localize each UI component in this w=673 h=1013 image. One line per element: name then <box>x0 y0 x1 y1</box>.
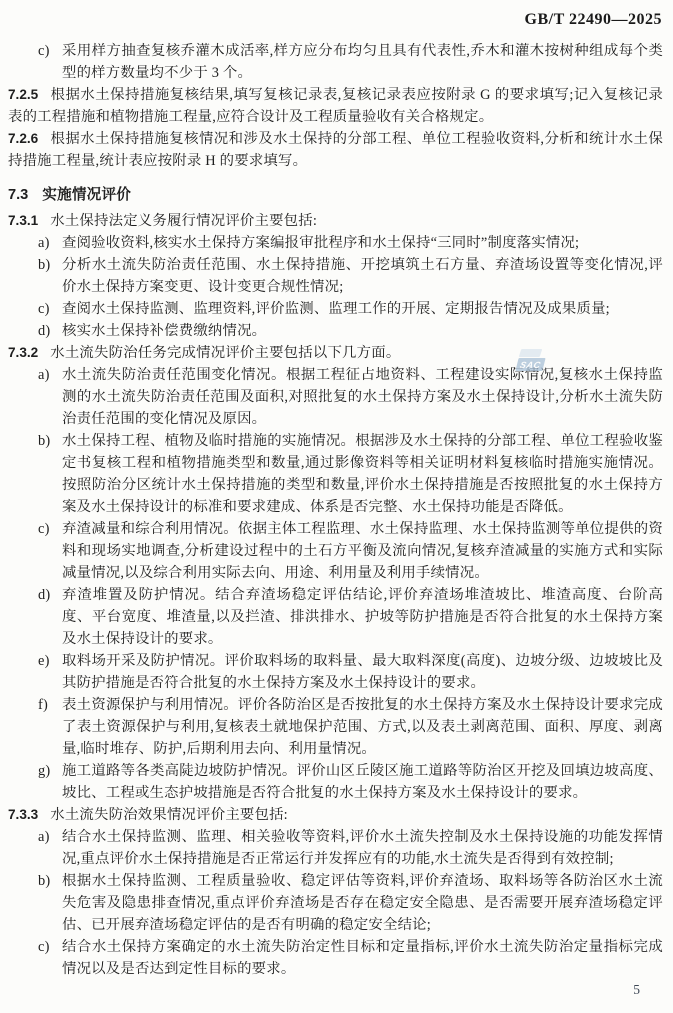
list-item-f-15: f)表土资源保护与利用情况。评价各防治区是否按批复的水土保持方案及水土保持设计要… <box>8 694 663 760</box>
list-item-b-11: b)水土保持工程、植物及临时措施的实施情况。根据涉及水土保持的分部工程、单位工程… <box>8 430 663 518</box>
clause-7-2-6: 7.2.6根据水土保持措施复核情况和涉及水土保持的分部工程、单位工程验收资料,分… <box>8 128 663 172</box>
item-text: 水土保持工程、植物及临时措施的实施情况。根据涉及水土保持的分部工程、单位工程验收… <box>62 433 663 515</box>
list-item-marker: c) <box>38 518 50 540</box>
standard-code-header: GB/T 22490—2025 <box>525 11 662 29</box>
list-item-e-14: e)取料场开采及防护情况。评价取料场的取料量、最大取料深度(高度)、边坡分级、边… <box>8 650 663 694</box>
list-item-marker: b) <box>38 870 50 892</box>
clause-text: 根据水土保持措施复核结果,填写复核记录表,复核记录表应按附录 G 的要求填写;记… <box>8 87 663 125</box>
item-text: 施工道路等各类高陡边坡防护情况。评价山区丘陵区施工道路等防治区开挖及回填边坡高度… <box>62 763 663 801</box>
list-item-b-6: b)分析水土流失防治责任范围、水土保持措施、开挖填筑土石方量、弃渣场设置等变化情… <box>8 254 663 298</box>
list-item-marker: a) <box>38 826 50 848</box>
clause-number: 7.3.2 <box>8 345 38 360</box>
clause-7-3-3: 7.3.3水土流失防治效果情况评价主要包括: <box>8 804 663 826</box>
clause-text: 水土流失防治效果情况评价主要包括: <box>50 807 288 823</box>
item-text: 查阅水土保持监测、监理资料,评价监测、监理工作的开展、定期报告情况及成果质量; <box>62 301 610 317</box>
list-item-marker: d) <box>38 584 50 606</box>
list-item-marker: g) <box>38 760 50 782</box>
clause-number: 7.2.6 <box>8 131 38 146</box>
clause-number: 7.3 <box>8 187 28 203</box>
list-item-marker: c) <box>38 40 50 62</box>
list-item-d-8: d)核实水土保持补偿费缴纳情况。 <box>8 320 663 342</box>
item-text: 弃渣减量和综合利用情况。依据主体工程监理、水土保持监理、水土保持监测等单位提供的… <box>62 521 663 581</box>
clause-7-2-5: 7.2.5根据水土保持措施复核结果,填写复核记录表,复核记录表应按附录 G 的要… <box>8 84 663 128</box>
clause-text: 根据水土保持措施复核情况和涉及水土保持的分部工程、单位工程验收资料,分析和统计水… <box>8 131 663 169</box>
list-item-marker: e) <box>38 650 50 672</box>
item-text: 表土资源保护与利用情况。评价各防治区是否按批复的水土保持方案及水土保持设计要求完… <box>62 697 663 757</box>
list-item-marker: d) <box>38 320 50 342</box>
list-item-marker: c) <box>38 298 50 320</box>
list-item-marker: b) <box>38 254 50 276</box>
clause-number: 7.2.5 <box>8 87 38 102</box>
list-item-b-19: b)根据水土保持监测、工程质量验收、稳定评估等资料,评价弃渣场、取料场等各防治区… <box>8 870 663 936</box>
document-body: c)采用样方抽查复核乔灌木成活率,样方应分布均匀且具有代表性,乔木和灌木按树种组… <box>8 40 663 980</box>
list-item-marker: a) <box>38 364 50 386</box>
item-text: 查阅验收资料,核实水土保持方案编报审批程序和水土保持“三同时”制度落实情况; <box>62 235 579 251</box>
clause-number: 7.3.1 <box>8 213 38 228</box>
clause-7-3-1: 7.3.1水土保持法定义务履行情况评价主要包括: <box>8 210 663 232</box>
section-heading-7-3: 7.3实施情况评价 <box>8 184 663 206</box>
list-item-c-20: c)结合水土保持方案确定的水土流失防治定性目标和定量指标,评价水土流失防治定量指… <box>8 936 663 980</box>
item-text: 根据水土保持监测、工程质量验收、稳定评估等资料,评价弃渣场、取料场等各防治区水土… <box>62 873 663 933</box>
document-page: GB/T 22490—2025 c)采用样方抽查复核乔灌木成活率,样方应分布均匀… <box>0 0 673 1013</box>
clause-text: 水土流失防治任务完成情况评价主要包括以下几方面。 <box>50 345 400 361</box>
heading-text: 实施情况评价 <box>42 187 131 203</box>
item-text: 核实水土保持补偿费缴纳情况。 <box>62 323 266 339</box>
list-item-marker: a) <box>38 232 50 254</box>
item-text: 取料场开采及防护情况。评价取料场的取料量、最大取料深度(高度)、边坡分级、边坡坡… <box>62 653 663 691</box>
list-item-c-0: c)采用样方抽查复核乔灌木成活率,样方应分布均匀且具有代表性,乔木和灌木按树种组… <box>8 40 663 84</box>
list-item-g-16: g)施工道路等各类高陡边坡防护情况。评价山区丘陵区施工道路等防治区开挖及回填边坡… <box>8 760 663 804</box>
list-item-d-13: d)弃渣堆置及防护情况。结合弃渣场稳定评估结论,评价弃渣场堆渣坡比、堆渣高度、台… <box>8 584 663 650</box>
clause-7-3-2: 7.3.2水土流失防治任务完成情况评价主要包括以下几方面。 <box>8 342 663 364</box>
item-text: 分析水土流失防治责任范围、水土保持措施、开挖填筑土石方量、弃渣场设置等变化情况,… <box>62 257 663 295</box>
list-item-a-18: a)结合水土保持监测、监理、相关验收等资料,评价水土流失控制及水土保持设施的功能… <box>8 826 663 870</box>
list-item-a-5: a)查阅验收资料,核实水土保持方案编报审批程序和水土保持“三同时”制度落实情况; <box>8 232 663 254</box>
clause-text: 水土保持法定义务履行情况评价主要包括: <box>50 213 317 229</box>
item-text: 结合水土保持方案确定的水土流失防治定性目标和定量指标,评价水土流失防治定量指标完… <box>62 939 663 977</box>
list-item-c-7: c)查阅水土保持监测、监理资料,评价监测、监理工作的开展、定期报告情况及成果质量… <box>8 298 663 320</box>
list-item-marker: c) <box>38 936 50 958</box>
clause-number: 7.3.3 <box>8 807 38 822</box>
list-item-marker: f) <box>38 694 48 716</box>
list-item-marker: b) <box>38 430 50 452</box>
list-item-a-10: a)水土流失防治责任范围变化情况。根据工程征占地资料、工程建设实际情况,复核水土… <box>8 364 663 430</box>
page-number: 5 <box>633 982 640 998</box>
item-text: 水土流失防治责任范围变化情况。根据工程征占地资料、工程建设实际情况,复核水土保持… <box>62 367 663 427</box>
item-text: 结合水土保持监测、监理、相关验收等资料,评价水土流失控制及水土保持设施的功能发挥… <box>62 829 663 867</box>
item-text: 采用样方抽查复核乔灌木成活率,样方应分布均匀且具有代表性,乔木和灌木按树种组成每… <box>62 43 663 81</box>
list-item-c-12: c)弃渣减量和综合利用情况。依据主体工程监理、水土保持监理、水土保持监测等单位提… <box>8 518 663 584</box>
item-text: 弃渣堆置及防护情况。结合弃渣场稳定评估结论,评价弃渣场堆渣坡比、堆渣高度、台阶高… <box>62 587 663 647</box>
